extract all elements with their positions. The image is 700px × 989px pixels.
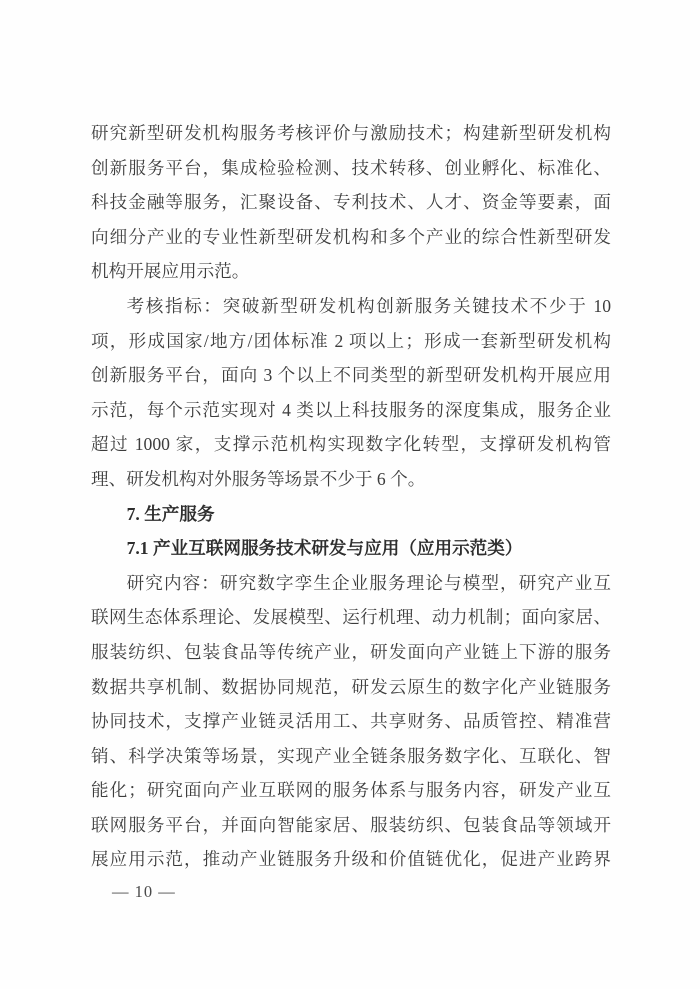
text-line: 超过 1000 家，支撑示范机构实现数字化转型，支撑研发机构管	[91, 427, 611, 462]
page-number: — 10 —	[112, 880, 176, 904]
text-line: 联网生态体系理论、发展模型、运行机理、动力机制；面向家居、	[91, 600, 611, 635]
text-line: 项，形成国家/地方/团体标准 2 项以上；形成一套新型研发机构	[91, 324, 611, 359]
text-line: 创新服务平台，集成检验检测、技术转移、创业孵化、标准化、	[91, 151, 611, 186]
text-line: 协同技术，支撑产业链灵活用工、共享财务、品质管控、精准营	[91, 704, 611, 739]
text-line: 创新服务平台，面向 3 个以上不同类型的新型研发机构开展应用	[91, 358, 611, 393]
text-line: 考核指标：突破新型研发机构创新服务关键技术不少于 10	[91, 289, 611, 324]
document-page: 研究新型研发机构服务考核评价与激励技术；构建新型研发机构创新服务平台，集成检验检…	[0, 0, 700, 989]
text-line: 向细分产业的专业性新型研发机构和多个产业的综合性新型研发	[91, 220, 611, 255]
text-line: 研究内容：研究数字孪生企业服务理论与模型，研究产业互	[91, 566, 611, 601]
text-column: 研究新型研发机构服务考核评价与激励技术；构建新型研发机构创新服务平台，集成检验检…	[91, 116, 611, 877]
text-line: 能化；研究面向产业互联网的服务体系与服务内容，研发产业互	[91, 773, 611, 808]
text-line: 研究新型研发机构服务考核评价与激励技术；构建新型研发机构	[91, 116, 611, 151]
text-line: 机构开展应用示范。	[91, 254, 611, 289]
text-line: 示范，每个示范实现对 4 类以上科技服务的深度集成，服务企业	[91, 393, 611, 428]
text-line: 展应用示范，推动产业链服务升级和价值链优化，促进产业跨界	[91, 842, 611, 877]
text-line: 服装纺织、包装食品等传统产业，研发面向产业链上下游的服务	[91, 635, 611, 670]
text-line: 数据共享机制、数据协同规范，研发云原生的数字化产业链服务	[91, 670, 611, 705]
text-line: 销、科学决策等场景，实现产业全链条服务数字化、互联化、智	[91, 739, 611, 774]
heading-section-7-1: 7.1 产业互联网服务技术研发与应用（应用示范类）	[91, 531, 611, 566]
text-line: 联网服务平台，并面向智能家居、服装纺织、包装食品等领域开	[91, 808, 611, 843]
text-line: 科技金融等服务，汇聚设备、专利技术、人才、资金等要素，面	[91, 185, 611, 220]
text-line: 理、研发机构对外服务等场景不少于 6 个。	[91, 462, 611, 497]
heading-section-7: 7. 生产服务	[91, 497, 611, 532]
